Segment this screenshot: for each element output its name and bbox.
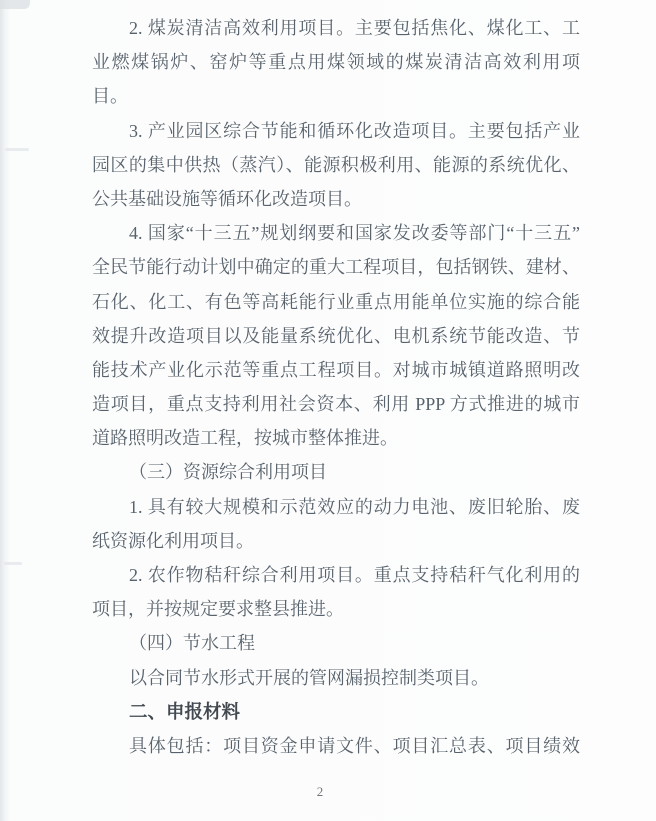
text-line: 2. 煤炭清洁高效利用项目。主要包括焦化、煤化工、工: [92, 11, 580, 45]
text-line: 造项目，重点支持利用社会资本、利用 PPP 方式推进的城市: [92, 387, 580, 421]
text-line: 石化、化工、有色等高耗能行业重点用能单位实施的综合能: [92, 285, 580, 319]
text-line: 纸资源化利用项目。: [92, 524, 580, 558]
text-line: 公共基础设施等循环化改造项目。: [92, 182, 580, 216]
text-line: 业燃煤锅炉、窑炉等重点用煤领域的煤炭清洁高效利用项: [92, 45, 580, 79]
text-line: 以合同节水形式开展的管网漏损控制类项目。: [92, 661, 580, 695]
text-line: 1. 具有较大规模和示范效应的动力电池、废旧轮胎、废: [92, 490, 580, 524]
scan-artifact: [0, 0, 30, 9]
scan-artifact: [4, 562, 22, 565]
scan-artifact: [5, 148, 29, 151]
section-heading: 二、申报材料: [92, 695, 580, 729]
text-lines: 2. 煤炭清洁高效利用项目。主要包括焦化、煤化工、工业燃煤锅炉、窑炉等重点用煤领…: [92, 11, 580, 763]
document-page: 2. 煤炭清洁高效利用项目。主要包括焦化、煤化工、工业燃煤锅炉、窑炉等重点用煤领…: [0, 0, 656, 821]
text-line: 全民节能行动计划中确定的重大工程项目，包括钢铁、建材、: [92, 250, 580, 284]
text-line: 目。: [92, 79, 580, 113]
text-line: 园区的集中供热（蒸汽）、能源积极利用、能源的系统优化、: [92, 148, 580, 182]
text-line: 具体包括：项目资金申请文件、项目汇总表、项目绩效: [92, 729, 580, 763]
text-line: 4. 国家“十三五”规划纲要和国家发改委等部门“十三五”: [92, 216, 580, 250]
page-number: 2: [0, 784, 640, 800]
text-line: 项目，并按规定要求整县推进。: [92, 592, 580, 626]
text-line: （四）节水工程: [92, 626, 580, 660]
text-line: 能技术产业化示范等重点工程项目。对城市城镇道路照明改: [92, 353, 580, 387]
text-line: 效提升改造项目以及能量系统优化、电机系统节能改造、节: [92, 319, 580, 353]
text-line: 道路照明改造工程，按城市整体推进。: [92, 421, 580, 455]
text-line: 3. 产业园区综合节能和循环化改造项目。主要包括产业: [92, 114, 580, 148]
text-line: （三）资源综合利用项目: [92, 455, 580, 489]
text-line: 2. 农作物秸秆综合利用项目。重点支持秸秆气化利用的: [92, 558, 580, 592]
